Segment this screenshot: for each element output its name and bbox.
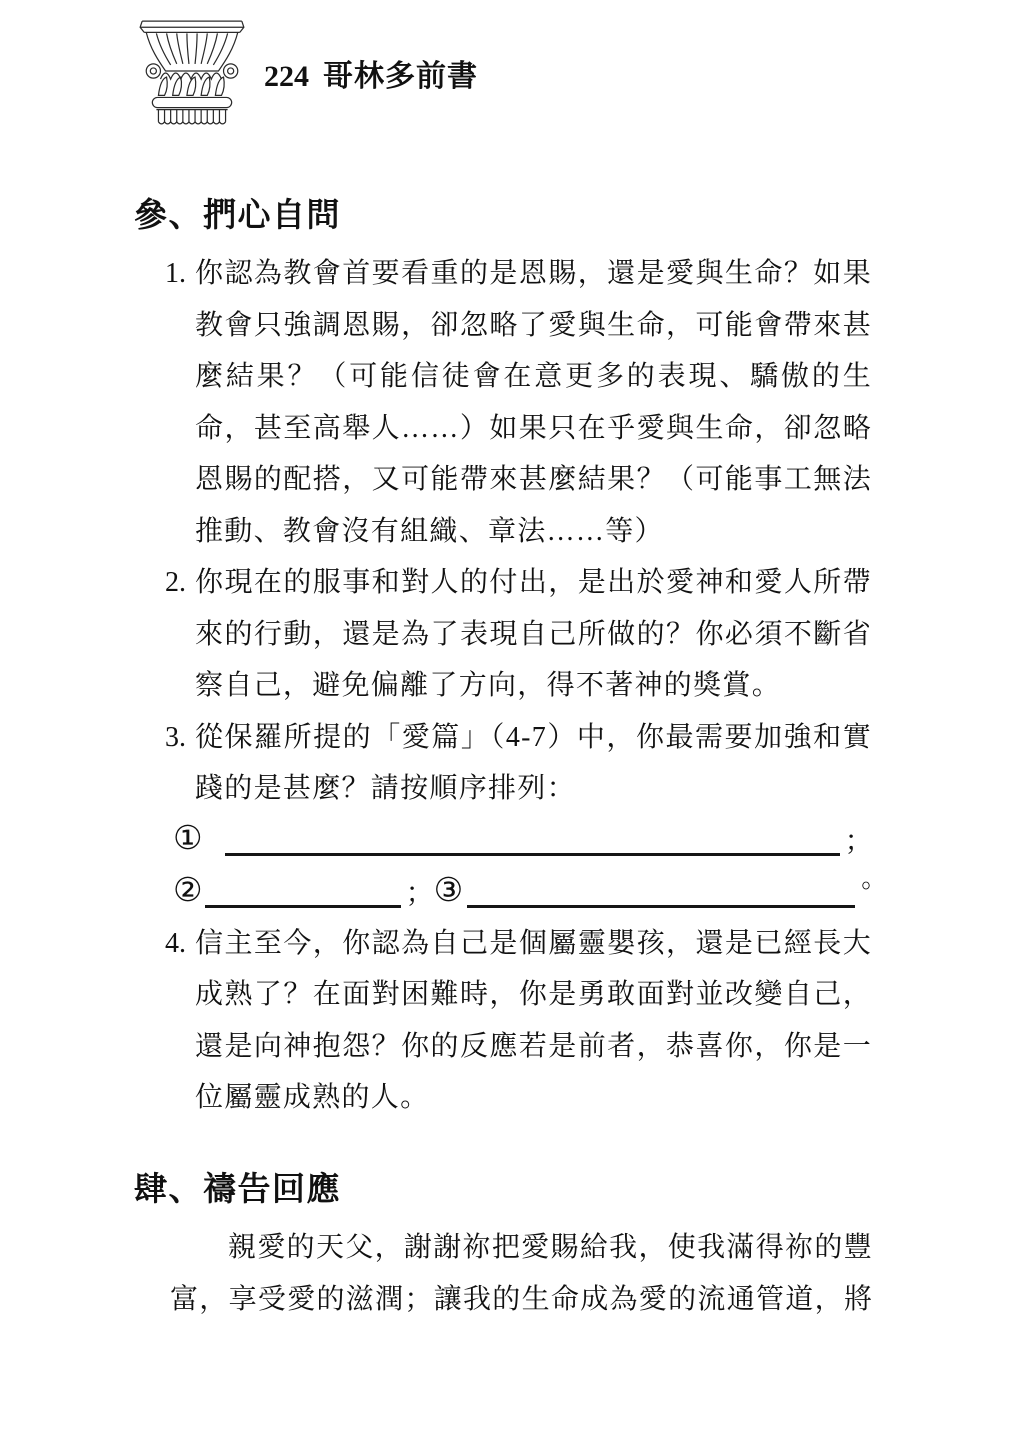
prayer-line: 富，享受愛的滋潤；讓我的生命成為愛的流通管道，將 xyxy=(170,1274,873,1326)
section-title-prayer: 肆、禱告回應 xyxy=(134,1174,341,1207)
page-header: 224哥林多前書 xyxy=(132,14,478,128)
section-title-self-exam: 參、捫心自問 xyxy=(134,200,341,233)
question-line: 來的行動，還是為了表現自己所做的？你必須不斷省 xyxy=(165,609,910,661)
question-number: 1. xyxy=(165,248,195,300)
full-stop-mark: 。 xyxy=(861,866,887,892)
question-line: 還是向神抱怨？你的反應若是前者，恭喜你，你是一 xyxy=(165,1021,910,1073)
question-line: 教會只強調恩賜，卻忽略了愛與生命，可能會帶來甚 xyxy=(165,300,910,352)
question-line: 推動、教會沒有組織、章法……等） xyxy=(165,506,910,558)
semicolon-separator: ； xyxy=(406,880,434,908)
question-line: 踐的是甚麼？請按順序排列： xyxy=(165,763,910,815)
question-line-text: 恩賜的配搭，又可能帶來甚麼結果？（可能事工無法 xyxy=(195,454,872,506)
answer-blank-line-2 xyxy=(205,905,401,908)
answer-blank-line-1 xyxy=(225,853,840,856)
book-page: 224哥林多前書 參、捫心自問 1. 你認為教會首要看重的是恩賜，還是愛與生命？… xyxy=(0,0,1024,1445)
question-line: 位屬靈成熟的人。 xyxy=(165,1072,910,1124)
question-line-text: 來的行動，還是為了表現自己所做的？你必須不斷省 xyxy=(195,609,872,661)
question-number: 3. xyxy=(165,712,195,764)
book-title: 哥林多前書 xyxy=(323,60,478,93)
running-head: 224哥林多前書 xyxy=(264,51,478,95)
circled-number-3: ③ xyxy=(434,875,464,908)
question-item-2: 2. 你現在的服事和對人的付出，是出於愛神和愛人所帶 xyxy=(165,557,910,609)
question-item-1: 1. 你認為教會首要看重的是恩賜，還是愛與生命？如果 xyxy=(165,248,910,300)
question-line-text: 位屬靈成熟的人。 xyxy=(195,1082,429,1113)
question-line: 麼結果？（可能信徒會在意更多的表現、驕傲的生 xyxy=(165,351,910,403)
answer-blank-row-1: ① ； xyxy=(165,815,910,867)
question-line: 察自己，避免偏離了方向，得不著神的獎賞。 xyxy=(165,660,910,712)
prayer-paragraph: 親愛的天父，謝謝祢把愛賜給我，使我滿得祢的豐 富，享受愛的滋潤；讓我的生命成為愛… xyxy=(170,1222,873,1325)
question-line: 恩賜的配搭，又可能帶來甚麼結果？（可能事工無法 xyxy=(165,454,910,506)
question-line: 命，甚至高舉人……）如果只在乎愛與生命，卻忽略 xyxy=(165,403,910,455)
question-item-4: 4. 信主至今，你認為自己是個屬靈嬰孩，還是已經長大 xyxy=(165,918,910,970)
prayer-line-text: 親愛的天父，謝謝祢把愛賜給我，使我滿得祢的豐 xyxy=(170,1222,873,1274)
question-line: 你現在的服事和對人的付出，是出於愛神和愛人所帶 xyxy=(195,557,872,609)
prayer-line-text: 富，享受愛的滋潤；讓我的生命成為愛的流通管道，將 xyxy=(170,1274,873,1326)
question-line-text: 還是向神抱怨？你的反應若是前者，恭喜你，你是一 xyxy=(195,1021,872,1073)
question-line: 你認為教會首要看重的是恩賜，還是愛與生命？如果 xyxy=(195,248,872,300)
answer-blank-line-3 xyxy=(467,905,855,908)
column-capital-icon xyxy=(132,14,252,128)
question-line-text: 命，甚至高舉人……）如果只在乎愛與生命，卻忽略 xyxy=(195,403,872,455)
question-number: 4. xyxy=(165,918,195,970)
question-line: 成熟了？在面對困難時，你是勇敢面對並改變自己， xyxy=(165,969,910,1021)
question-line-text: 教會只強調恩賜，卻忽略了愛與生命，可能會帶來甚 xyxy=(195,300,872,352)
question-number: 2. xyxy=(165,557,195,609)
question-line-text: 察自己，避免偏離了方向，得不著神的獎賞。 xyxy=(195,670,781,701)
question-item-3: 3. 從保羅所提的「愛篇」（4-7）中，你最需要加強和實 xyxy=(165,712,910,764)
question-line-text: 踐的是甚麼？請按順序排列： xyxy=(195,773,576,804)
circled-number-2: ② xyxy=(173,875,203,908)
circled-number-1: ① xyxy=(173,823,203,856)
answer-blank-row-2: ② ； ③ 。 xyxy=(165,866,910,918)
question-line: 從保羅所提的「愛篇」（4-7）中，你最需要加強和實 xyxy=(195,712,872,764)
question-line-text: 麼結果？（可能信徒會在意更多的表現、驕傲的生 xyxy=(195,351,872,403)
page-number: 224 xyxy=(264,60,309,93)
question-line-text: 成熟了？在面對困難時，你是勇敢面對並改變自己， xyxy=(195,969,872,1021)
question-line-text: 推動、教會沒有組織、章法……等） xyxy=(195,516,664,547)
question-list: 1. 你認為教會首要看重的是恩賜，還是愛與生命？如果 教會只強調恩賜，卻忽略了愛… xyxy=(165,248,910,1124)
semicolon-separator: ； xyxy=(845,828,873,856)
prayer-line: 親愛的天父，謝謝祢把愛賜給我，使我滿得祢的豐 xyxy=(170,1222,873,1274)
question-line: 信主至今，你認為自己是個屬靈嬰孩，還是已經長大 xyxy=(195,918,872,970)
